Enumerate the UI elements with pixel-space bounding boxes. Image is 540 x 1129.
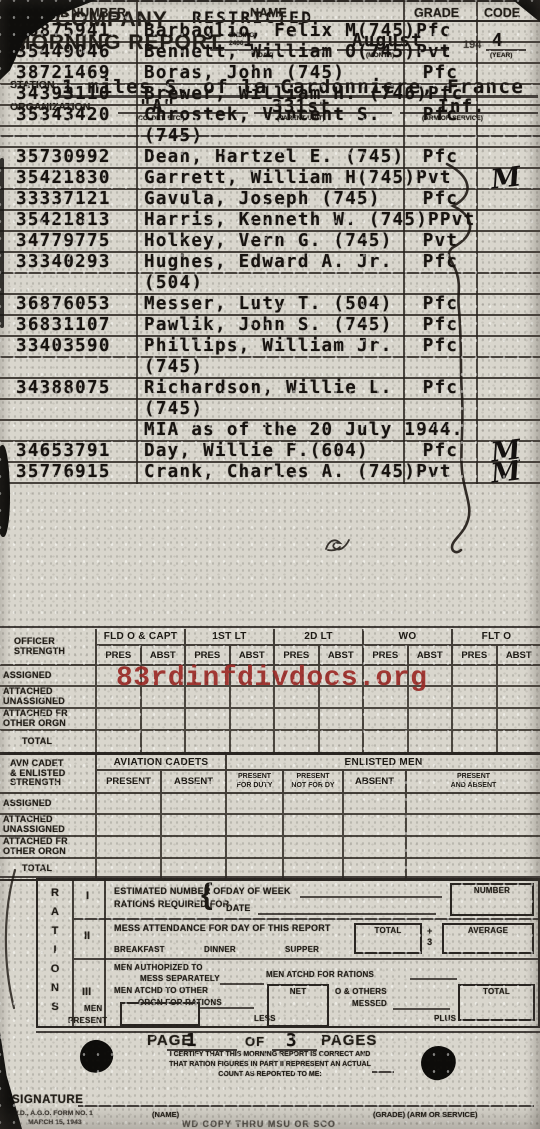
table-row: 38721469Boras, John (745)Pfc (0, 64, 540, 85)
strength-cell (282, 837, 342, 857)
grade-arm-caption: (GRADE) (ARM OR SERVICE) (373, 1110, 477, 1119)
number-box-label: NUMBER (452, 886, 532, 895)
table-row: 35449046Bennett, William O(745)Pvt (0, 43, 540, 64)
grade-cell: Pfc (404, 254, 477, 272)
site-watermark: 83rdinfdivdocs.org (116, 663, 427, 694)
strength-cell (451, 687, 496, 707)
divide-by-3: +3 (427, 926, 432, 948)
serial-cell: 35730992 (16, 149, 111, 167)
row-label: ASSIGNED (3, 671, 95, 681)
table-row: 34653791Day, Willie F.(604)PfcM (0, 442, 540, 463)
strength-cell (273, 709, 318, 729)
form-date: MARCH 15, 1943 (28, 1119, 82, 1126)
serial-cell: 34779775 (16, 233, 111, 251)
row-label: TOTAL (22, 864, 95, 874)
grade-cell: Pfc (404, 107, 477, 125)
grade-cell: Pfc (404, 191, 477, 209)
table-row: 36876053Messer, Luty T. (504)Pfc (0, 295, 540, 316)
name-cell: Brewer, William H. (746)Pfc (144, 86, 464, 104)
serial-cell: 34393110 (16, 86, 111, 104)
total-box-2: TOTAL (458, 984, 535, 1021)
strength-cell (160, 837, 225, 857)
strength-cell (318, 731, 363, 752)
strength-cell (140, 731, 185, 752)
strength-cell (184, 709, 229, 729)
pen-scribble (326, 540, 349, 550)
strength-cell (405, 794, 540, 813)
cadet-row-assigned: ASSIGNED (0, 794, 540, 815)
table-row: 33340293Hughes, Edward A. Jr.Pfc (0, 253, 540, 274)
mess-attendance-title: MESS ATTENDANCE FOR DAY OF THIS REPORT (114, 923, 331, 933)
strength-cell (407, 709, 452, 729)
serial-cell: 36831107 (16, 317, 111, 335)
name-cell: Garrett, William H(745)Pvt (144, 170, 452, 188)
table-row: 36831107Pawlik, John S. (745)Pfc (0, 316, 540, 337)
roster-table: SERIAL NUMBER NAME GRADE CODE 36875941Ba… (0, 0, 540, 484)
strength-cell (95, 815, 160, 835)
day-of-week-label: DAY OF WEEK (226, 886, 291, 896)
name-cell: Holkey, Vern G. (745) (144, 233, 393, 251)
officer-group-fldo-capt: FLD O & CAPT (95, 629, 184, 646)
enlisted-subcol-present-and-absent: PRESENTAND ABSENT (405, 771, 540, 794)
officer-group-2d-lt: 2D LT (273, 629, 362, 646)
strength-cell (405, 815, 540, 835)
column-header-grade: GRADE (414, 6, 459, 20)
table-row: (745) (0, 127, 540, 148)
table-row: MIA as of the 20 July 1944. (0, 421, 540, 442)
serial-cell: 35421830 (16, 170, 111, 188)
cadet-row-attached-fr-other: ATTACHED FROTHER ORGN (0, 837, 540, 859)
rations-section: RATIONS I II III ESTIMATED NUMBER OF RAT… (36, 878, 540, 1028)
strength-cell (451, 666, 496, 685)
column-header-code: CODE (484, 6, 520, 20)
net-box: NET (267, 984, 329, 1027)
officer-subcol-abst: ABST (496, 646, 540, 666)
breakfast-label: BREAKFAST (114, 945, 165, 954)
code-cell: M (477, 464, 540, 491)
grade-cell: Pfc (404, 149, 477, 167)
name-cell: Gavula, Joseph (745) (144, 191, 381, 209)
less-label: LESS (254, 1014, 276, 1023)
strength-cell (496, 687, 540, 707)
group-enlisted-men: ENLISTED MEN (225, 755, 540, 771)
officer-row-total: TOTAL (0, 731, 540, 752)
strength-cell (225, 837, 282, 857)
grade-cell: Pvt (404, 233, 477, 251)
signature-label: SIGNATURE (12, 1094, 83, 1106)
cadet-row-attached-unassigned: ATTACHEDUNASSIGNED (0, 815, 540, 837)
serial-cell: 36876053 (16, 296, 111, 314)
rations-vertical-label: RATIONS (49, 887, 61, 1020)
messed-label: MESSED (352, 999, 387, 1008)
cert-line1: I CERTIFY THAT THIS MORNING REPORT IS CO… (120, 1051, 420, 1058)
table-row: 34779775Holkey, Vern G. (745)Pvt (0, 232, 540, 253)
name-cell: Crank, Charles A. (745)Pvt (144, 464, 452, 482)
strength-cell (160, 794, 225, 813)
strength-cell (282, 794, 342, 813)
net-box-label: NET (269, 987, 327, 996)
serial-cell: 34653791 (16, 443, 111, 461)
row-label: TOTAL (22, 737, 95, 747)
cadet-subcol-present: PRESENT (95, 771, 160, 794)
row-label: ASSIGNED (3, 799, 95, 809)
hole-punch-left (77, 1037, 116, 1076)
strength-cell (342, 794, 405, 813)
officer-group-flt-o: FLT O (451, 629, 540, 646)
rations-numeral-2: II (84, 930, 90, 942)
brace: { (201, 878, 213, 912)
table-row: 36875941Barbaglio, Felix M(745)Pfc (0, 22, 540, 43)
name-cell: Day, Willie F.(604) (144, 443, 369, 461)
strength-cell (496, 731, 540, 752)
table-row: 33403590Phillips, William Jr.Pfc (0, 337, 540, 358)
pages-label: PAGES (321, 1032, 377, 1049)
name-cell: (745) (144, 401, 203, 419)
dinner-label: DINNER (204, 945, 236, 954)
men-authorized-line1: MEN AUTHORIZED TO (114, 963, 203, 972)
strength-cell (229, 731, 274, 752)
row-label: UNASSIGNED (3, 825, 95, 835)
serial-cell: 35421813 (16, 212, 111, 230)
pages-total: 3 (286, 1033, 298, 1051)
serial-cell: 33403590 (16, 338, 111, 356)
roster-body: 36875941Barbaglio, Felix M(745)Pfc354490… (0, 22, 540, 484)
strength-cell (225, 794, 282, 813)
enlisted-subcol-present-for-duty: PRESENTFOR DUTY (225, 771, 282, 794)
serial-cell: 38721469 (16, 65, 111, 83)
plus-label: PLUS (434, 1014, 456, 1023)
name-cell: (745) (144, 359, 203, 377)
officer-group-wo: WO (362, 629, 451, 646)
strength-cell (95, 794, 160, 813)
name-cell: Harris, Kenneth W. (745)PPvt (144, 212, 475, 230)
grade-cell: Pfc (404, 443, 477, 461)
table-row: 35421813Harris, Kenneth W. (745)PPvt (0, 211, 540, 232)
morning-report-scan: COMPANY RESTRICTED MORNING REPORT ENDING… (0, 0, 540, 1129)
code-cell: M (477, 170, 540, 197)
name-cell: Pawlik, John S. (745) (144, 317, 393, 335)
strength-cell (342, 837, 405, 857)
rations-numeral-1: I (86, 890, 89, 902)
strength-cell (451, 731, 496, 752)
men-authorized-line2: MESS SEPARATELY (140, 974, 220, 983)
grade-cell: Pfc (404, 317, 477, 335)
name-cell: Hughes, Edward A. Jr. (144, 254, 393, 272)
serial-cell: 35449046 (16, 44, 111, 62)
strength-cell (95, 731, 140, 752)
strength-cell (273, 731, 318, 752)
table-row: 35776915Crank, Charles A. (745)PvtM (0, 463, 540, 484)
strength-cell (160, 815, 225, 835)
row-label: UNASSIGNED (3, 697, 95, 707)
group-aviation-cadets: AVIATION CADETS (95, 755, 225, 771)
table-row: (745) (0, 400, 540, 421)
grade-cell: Pfc (404, 65, 477, 83)
strength-cell (140, 709, 185, 729)
men-present-line1: MEN (84, 1004, 102, 1013)
name-cell: Richardson, Willie L. (144, 380, 393, 398)
strength-cell (362, 709, 407, 729)
serial-cell: 35343420 (16, 107, 111, 125)
name-cell: Dean, Hartzel E. (745) (144, 149, 404, 167)
serial-cell: 33340293 (16, 254, 111, 272)
o-and-others: O & OTHERS (335, 987, 387, 996)
strength-cell (496, 666, 540, 685)
copy-routing-note: WD COPY THRU MSU OR SCO (182, 1119, 336, 1129)
page-number: 1 (186, 1033, 198, 1051)
serial-cell: 33337121 (16, 191, 111, 209)
total-box-2-label: TOTAL (460, 987, 533, 996)
name-cell: Chrostek, Vincent S. (144, 107, 381, 125)
date-label: DATE (226, 903, 251, 913)
name-cell: Bennett, William O(745)Pvt (144, 44, 452, 62)
total-box: TOTAL (354, 923, 422, 954)
certification-text: I CERTIFY THAT THIS MORNING REPORT IS CO… (120, 1051, 420, 1078)
strength-cell (318, 709, 363, 729)
strength-cell (496, 709, 540, 729)
strength-cell (451, 709, 496, 729)
men-atchd-for-rations: MEN ATCHD FOR RATIONS (266, 970, 374, 979)
row-label: OTHER ORGN (3, 719, 95, 729)
name-cell: Messer, Luty T. (504) (144, 296, 393, 314)
form-number: W.D., A.G.O. FORM NO. 1 (12, 1110, 93, 1117)
rations-numeral-3: III (82, 986, 91, 998)
edge-mark-left (0, 158, 4, 328)
cadet-strength-label-line3: STRENGTH (10, 778, 61, 788)
enlisted-subcol-absent: ABSENT (342, 771, 405, 794)
name-cell: Boras, John (745) (144, 65, 345, 83)
strength-cell (342, 815, 405, 835)
grade-cell: Pfc (404, 296, 477, 314)
number-box: NUMBER (450, 883, 534, 916)
grade-cell: Pfc (404, 338, 477, 356)
table-row: 35343420Chrostek, Vincent S.Pfc (0, 106, 540, 127)
strength-cell (362, 731, 407, 752)
pen-paren-left (6, 870, 15, 1008)
table-row: 33337121Gavula, Joseph (745)Pfc (0, 190, 540, 211)
total-box-label: TOTAL (356, 926, 420, 935)
average-box-label: AVERAGE (444, 926, 532, 935)
serial-cell: 35776915 (16, 464, 111, 482)
strength-cell (95, 709, 140, 729)
strength-cell (229, 709, 274, 729)
row-label: OTHER ORGN (3, 847, 95, 857)
men-present-box (120, 1002, 200, 1026)
officer-strength-label-line2: STRENGTH (14, 647, 65, 657)
cadet-subcol-absent: ABSENT (160, 771, 225, 794)
table-row: 34393110Brewer, William H. (746)Pfc (0, 85, 540, 106)
table-row: 34388075Richardson, Willie L.Pfc (0, 379, 540, 400)
strength-cell (225, 815, 282, 835)
hole-punch-right (419, 1044, 458, 1083)
table-row: 35730992Dean, Hartzel E. (745)Pfc (0, 148, 540, 169)
cadet-strength-table: AVN CADET & ENLISTED STRENGTH AVIATION C… (0, 753, 540, 881)
men-present-line2: PRESENT (68, 1016, 107, 1025)
table-row: 35421830Garrett, William H(745)PvtM (0, 169, 540, 190)
name-cell: (504) (144, 275, 203, 293)
name-cell: MIA as of the 20 July 1944. (144, 422, 464, 440)
column-header-name: NAME (250, 6, 287, 20)
strength-cell (405, 837, 540, 857)
enlisted-subcol-present-not-for-dy: PRESENTNOT FOR DY (282, 771, 342, 794)
average-box: AVERAGE (442, 923, 534, 954)
officer-subcol-pres: PRES (451, 646, 496, 666)
name-caption: (NAME) (152, 1110, 179, 1119)
name-cell: Phillips, William Jr. (144, 338, 393, 356)
strength-cell (282, 815, 342, 835)
table-row: (504) (0, 274, 540, 295)
strength-cell (95, 837, 160, 857)
officer-row-attached-fr-other: ATTACHED FROTHER ORGN (0, 709, 540, 731)
strength-cell (184, 731, 229, 752)
strength-cell (407, 731, 452, 752)
name-cell: (745) (144, 128, 203, 146)
men-atchd-other-line1: MEN ATCHD TO OTHER (114, 986, 208, 995)
table-row: (745) (0, 358, 540, 379)
name-cell: Barbaglio, Felix M(745)Pfc (144, 23, 452, 41)
officer-group-1st-lt: 1ST LT (184, 629, 273, 646)
of-label: OF (245, 1034, 265, 1049)
serial-cell: 34388075 (16, 380, 111, 398)
supper-label: SUPPER (285, 945, 319, 954)
grade-cell: Pfc (404, 380, 477, 398)
cert-line2: THAT RATION FIGURES IN PART II REPRESENT… (120, 1061, 420, 1068)
